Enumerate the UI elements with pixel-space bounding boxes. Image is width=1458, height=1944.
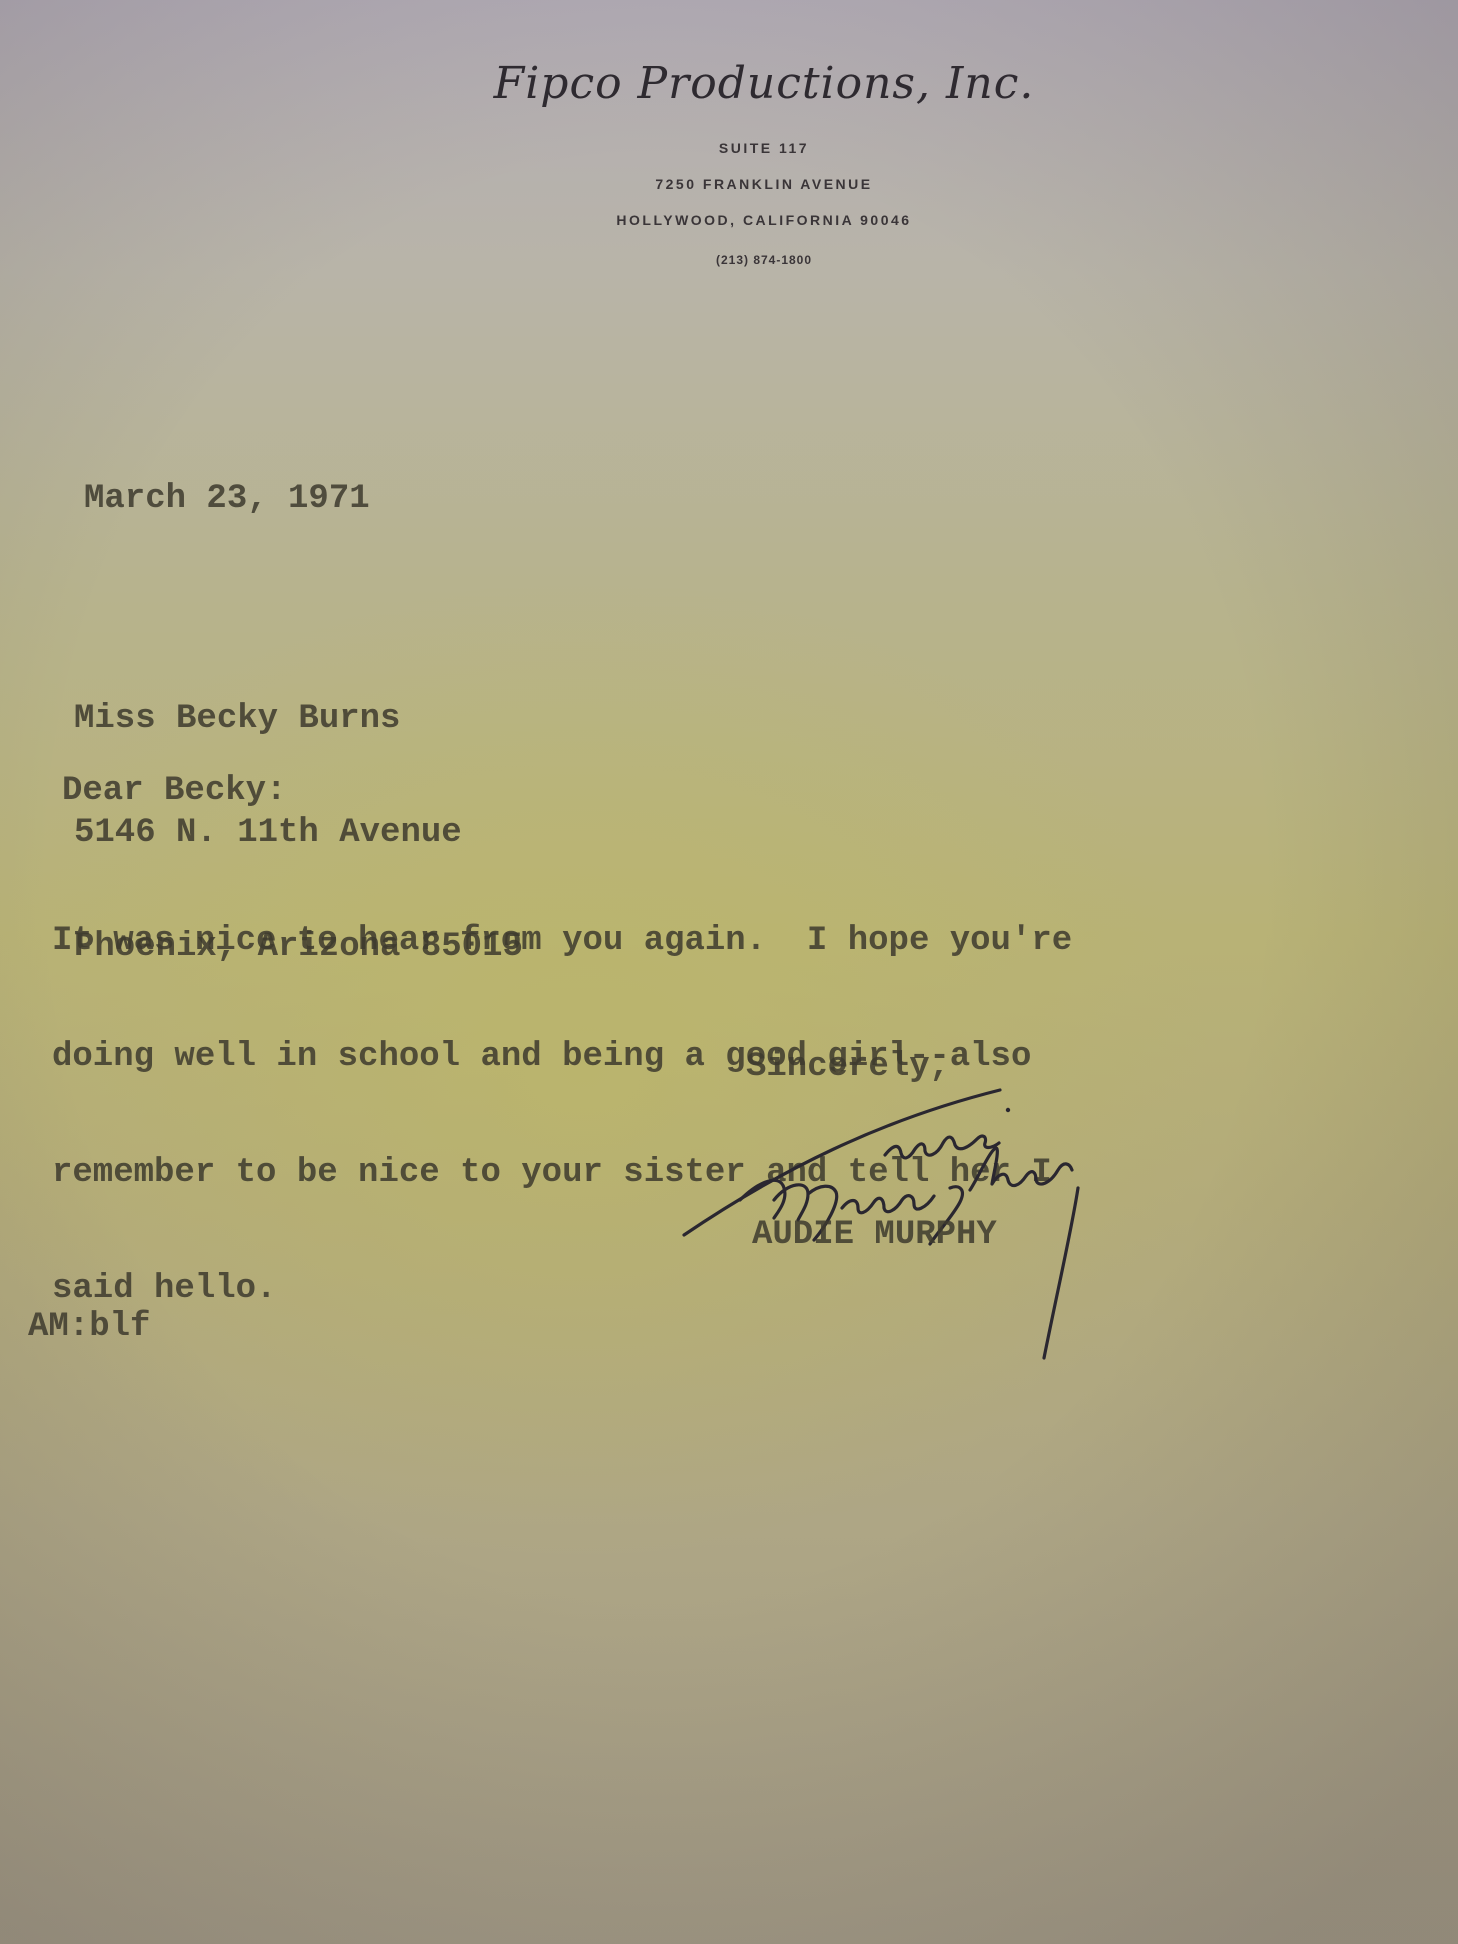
letterhead-suite: SUITE 117 [0,140,1458,156]
letterhead-company-name: Fipco Productions, Inc. [0,58,1458,109]
letter-date: March 23, 1971 [84,480,370,518]
letterhead-phone: (213) 874-1800 [0,253,1458,267]
letter-page: Fipco Productions, Inc. SUITE 117 7250 F… [0,0,1458,1944]
letterhead-street: 7250 FRANKLIN AVENUE [0,176,1458,192]
typed-signatory-name: AUDIE MURPHY [752,1216,997,1254]
address-line: Miss Becky Burns [74,700,523,738]
letterhead-city: HOLLYWOOD, CALIFORNIA 90046 [0,212,1458,228]
salutation: Dear Becky: [62,772,286,810]
reference-initials: AM:blf [28,1308,150,1346]
body-line: It was nice to hear from you again. I ho… [52,922,1072,962]
